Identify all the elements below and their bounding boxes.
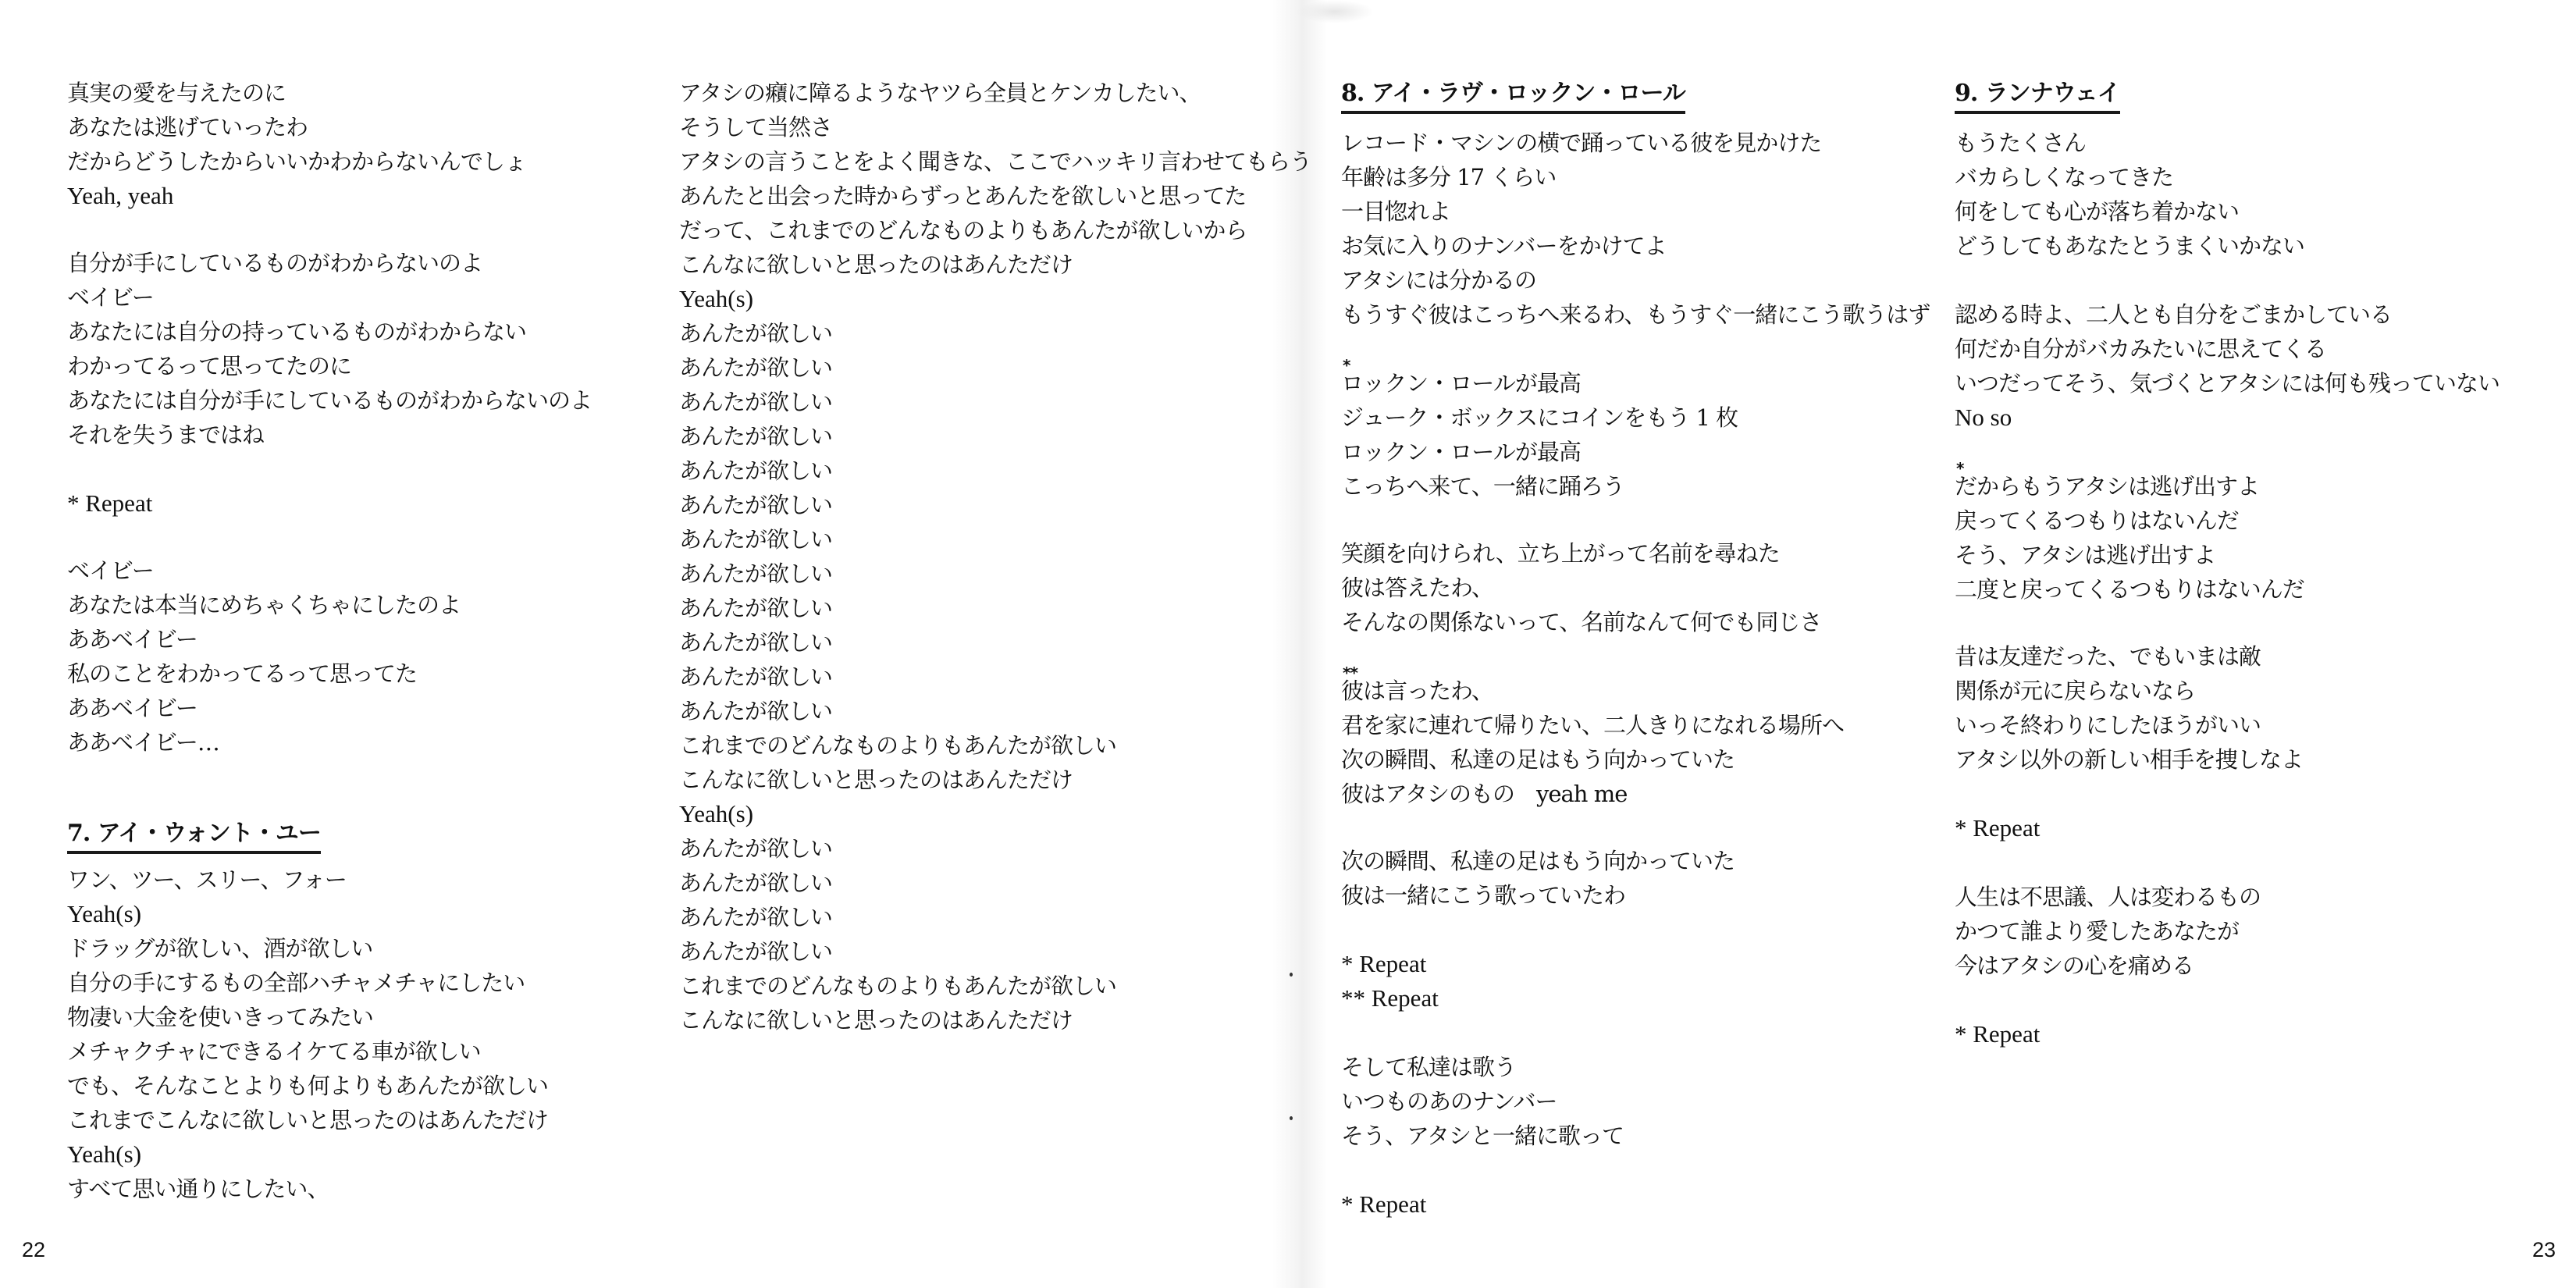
lyric-line: こんなに欲しいと思ったのはあんただけ xyxy=(679,251,1073,278)
lyric-line: 君を家に連れて帰りたい、二人きりになれる場所へ xyxy=(1341,712,1844,738)
page-22: 真実の愛を与えたのにあなたは逃げていったわだからどうしたからいいかわからないんで… xyxy=(0,0,1288,1288)
lyric-line: 関係が元に戻らないなら xyxy=(1955,678,2195,704)
lyric-line: あんたが欲しい xyxy=(679,904,832,930)
lyric-line: あんたが欲しい xyxy=(679,492,832,518)
lyric-line: いっそ終わりにしたほうがいい xyxy=(1955,712,2261,738)
repeat-instruction: ** Repeat xyxy=(1341,985,1439,1012)
lyric-line: そんなの関係ないって、名前なんて何でも同じさ xyxy=(1341,609,1821,635)
lyric-line: ああベイビー xyxy=(67,626,197,653)
lyric-line: 彼はアタシのもの yeah me xyxy=(1341,781,1627,807)
lyric-line: 認める時よ、二人とも自分をごまかしている xyxy=(1955,301,2392,328)
page-number: 22 xyxy=(22,1238,45,1261)
lyric-line: 彼は一緒にこう歌っていたわ xyxy=(1341,882,1625,909)
lyric-line: そう、アタシは逃げ出すよ xyxy=(1955,542,2215,568)
lyric-line: あんたが欲しい xyxy=(679,560,832,587)
lyric-line: あなたは逃げていったわ xyxy=(67,114,308,141)
lyric-line: だからどうしたからいいかわからないんでしょ xyxy=(67,148,526,175)
lyric-line: あんたが欲しい xyxy=(679,664,832,690)
lyric-line: あんたが欲しい xyxy=(679,835,832,862)
lyric-line: あなたは本当にめちゃくちゃにしたのよ xyxy=(67,592,461,618)
lyric-line: もうたくさん xyxy=(1955,130,2086,156)
booklet-spread: 真実の愛を与えたのにあなたは逃げていったわだからどうしたからいいかわからないんで… xyxy=(0,0,2576,1288)
lyric-line: No so xyxy=(1955,404,2012,431)
lyric-line: これまでのどんなものよりもあんたが欲しい xyxy=(679,973,1116,999)
lyric-line: Yeah(s) xyxy=(67,901,141,927)
lyric-line: ああベイビー… xyxy=(67,729,219,756)
lyric-line: 昔は友達だった、でもいまは敵 xyxy=(1955,643,2261,670)
repeat-instruction: * Repeat xyxy=(67,490,152,517)
lyric-line: 彼は答えたわ、 xyxy=(1341,575,1493,601)
lyric-line: メチャクチャにできるイケてる車が欲しい xyxy=(67,1038,481,1065)
lyric-line: Yeah(s) xyxy=(679,801,753,827)
lyric-line: あんたが欲しい xyxy=(679,938,832,965)
repeat-instruction: * Repeat xyxy=(1955,1021,2040,1048)
page-number: 23 xyxy=(2532,1238,2556,1261)
lyric-line: 何をしても心が落ち着かない xyxy=(1955,198,2239,225)
lyric-line: あんたが欲しい xyxy=(679,629,832,656)
lyric-line: あんたが欲しい xyxy=(679,423,832,450)
lyric-line: Yeah, yeah xyxy=(67,183,173,209)
lyric-line: こっちへ来て、一緒に踊ろう xyxy=(1341,473,1624,500)
lyric-line: 今はアタシの心を痛める xyxy=(1955,952,2194,979)
lyric-line: 彼は言ったわ、 xyxy=(1341,678,1493,704)
lyric-line: どうしてもあなたとうまくいかない xyxy=(1955,233,2304,259)
lyric-line: レコード・マシンの横で踊っている彼を見かけた xyxy=(1341,130,1821,156)
lyric-line: アタシ以外の新しい相手を捜しなよ xyxy=(1955,746,2303,773)
song-title: 7. アイ・ウォント・ユー xyxy=(67,820,321,854)
lyric-line: ベイビー xyxy=(67,284,154,311)
lyric-line: そして私達は歌う xyxy=(1341,1054,1516,1080)
lyric-line: あなたには自分が手にしているものがわからないのよ xyxy=(67,387,592,414)
lyric-line: あんたが欲しい xyxy=(679,595,832,621)
lyric-line: バカらしくなってきた xyxy=(1955,164,2173,190)
lyric-line: あんたが欲しい xyxy=(679,354,832,381)
lyric-line: 私のことをわかってるって思ってた xyxy=(67,660,417,687)
lyric-line: いつものあのナンバー xyxy=(1341,1088,1557,1115)
lyric-line: 何だか自分がバカみたいに思えてくる xyxy=(1955,336,2326,362)
lyric-line: だって、これまでのどんなものよりもあんたが欲しいから xyxy=(679,217,1247,244)
lyric-line: ロックン・ロールが最高 xyxy=(1341,370,1581,397)
lyric-line: あんたが欲しい xyxy=(679,457,832,484)
lyric-line: 次の瞬間、私達の足はもう向かっていた xyxy=(1341,848,1735,874)
lyric-line: ドラッグが欲しい、酒が欲しい xyxy=(67,935,372,962)
lyric-line: これまでこんなに欲しいと思ったのはあんただけ xyxy=(67,1107,548,1133)
repeat-instruction: * Repeat xyxy=(1341,1191,1426,1218)
lyric-line: かつて誰より愛したあなたが xyxy=(1955,918,2239,945)
lyric-line: そう、アタシと一緒に歌って xyxy=(1341,1123,1624,1149)
lyric-line: 自分の手にするもの全部ハチャメチャにしたい xyxy=(67,970,525,996)
lyric-line: いつだってそう、気づくとアタシには何も残っていない xyxy=(1955,370,2500,397)
lyric-line: 人生は不思議、人は変わるもの xyxy=(1955,884,2261,910)
lyric-line: あなたには自分の持っているものがわからない xyxy=(67,318,526,345)
lyric-line: 戻ってくるつもりはないんだ xyxy=(1955,507,2239,534)
lyric-line: すべて思い通りにしたい、 xyxy=(67,1176,329,1202)
lyric-line: あんたが欲しい xyxy=(679,389,832,415)
lyric-line: もうすぐ彼はこっちへ来るわ、もうすぐ一緒にこう歌うはず xyxy=(1341,301,1930,328)
lyric-line: それを失うまではね xyxy=(67,422,264,448)
lyric-line: こんなに欲しいと思ったのはあんただけ xyxy=(679,1007,1073,1034)
lyric-line: Yeah(s) xyxy=(67,1141,141,1168)
page-23: 8. アイ・ラヴ・ロックン・ロールレコード・マシンの横で踊っている彼を見かけた年… xyxy=(1288,0,2576,1288)
lyric-line: あんたが欲しい xyxy=(679,698,832,724)
lyric-line: 次の瞬間、私達の足はもう向かっていた xyxy=(1341,746,1735,773)
lyric-line: アタシの癪に障るようなヤツら全員とケンカしたい、 xyxy=(679,80,1201,106)
lyric-line: 一目惚れよ xyxy=(1341,198,1450,225)
song-title: 8. アイ・ラヴ・ロックン・ロール xyxy=(1341,80,1685,114)
lyric-line: あんたが欲しい xyxy=(679,526,832,553)
lyric-line: 年齢は多分 17 くらい xyxy=(1341,164,1556,190)
scan-speck xyxy=(1290,1116,1293,1120)
lyric-line: あんたが欲しい xyxy=(679,870,832,896)
scan-speck xyxy=(1290,973,1293,977)
lyric-line: だからもうアタシは逃げ出すよ xyxy=(1955,473,2259,500)
song-title: 9. ランナウェイ xyxy=(1955,80,2120,114)
lyric-line: あんたが欲しい xyxy=(679,320,832,347)
lyric-line: お気に入りのナンバーをかけてよ xyxy=(1341,233,1667,259)
lyric-line: そうして当然さ xyxy=(679,114,832,141)
lyric-line: これまでのどんなものよりもあんたが欲しい xyxy=(679,732,1116,759)
lyric-line: 自分が手にしているものがわからないのよ xyxy=(67,250,482,276)
lyric-line: わかってるって思ってたのに xyxy=(67,353,351,379)
lyric-line: ベイビー xyxy=(67,557,154,584)
lyric-line: 笑顔を向けられ、立ち上がって名前を尋ねた xyxy=(1341,540,1780,567)
lyric-line: 物凄い大金を使いきってみたい xyxy=(67,1004,373,1030)
repeat-instruction: * Repeat xyxy=(1341,951,1426,977)
lyric-line: ワン、ツー、スリー、フォー xyxy=(67,866,347,893)
lyric-line: アタシには分かるの xyxy=(1341,267,1536,294)
lyric-line: Yeah(s) xyxy=(679,286,753,312)
lyric-line: ああベイビー xyxy=(67,695,197,721)
lyric-line: ロックン・ロールが最高 xyxy=(1341,439,1581,465)
repeat-instruction: * Repeat xyxy=(1955,815,2040,841)
lyric-line: でも、そんなことよりも何よりもあんたが欲しい xyxy=(67,1073,548,1099)
lyric-line: 真実の愛を与えたのに xyxy=(67,80,286,106)
lyric-line: 二度と戻ってくるつもりはないんだ xyxy=(1955,576,2304,603)
lyric-line: アタシの言うことをよく聞きな、ここでハッキリ言わせてもらう xyxy=(679,148,1311,175)
lyric-line: こんなに欲しいと思ったのはあんただけ xyxy=(679,767,1073,793)
lyric-line: あんたと出会った時からずっとあんたを欲しいと思ってた xyxy=(679,183,1246,209)
lyric-line: ジューク・ボックスにコインをもう 1 枚 xyxy=(1341,404,1738,431)
